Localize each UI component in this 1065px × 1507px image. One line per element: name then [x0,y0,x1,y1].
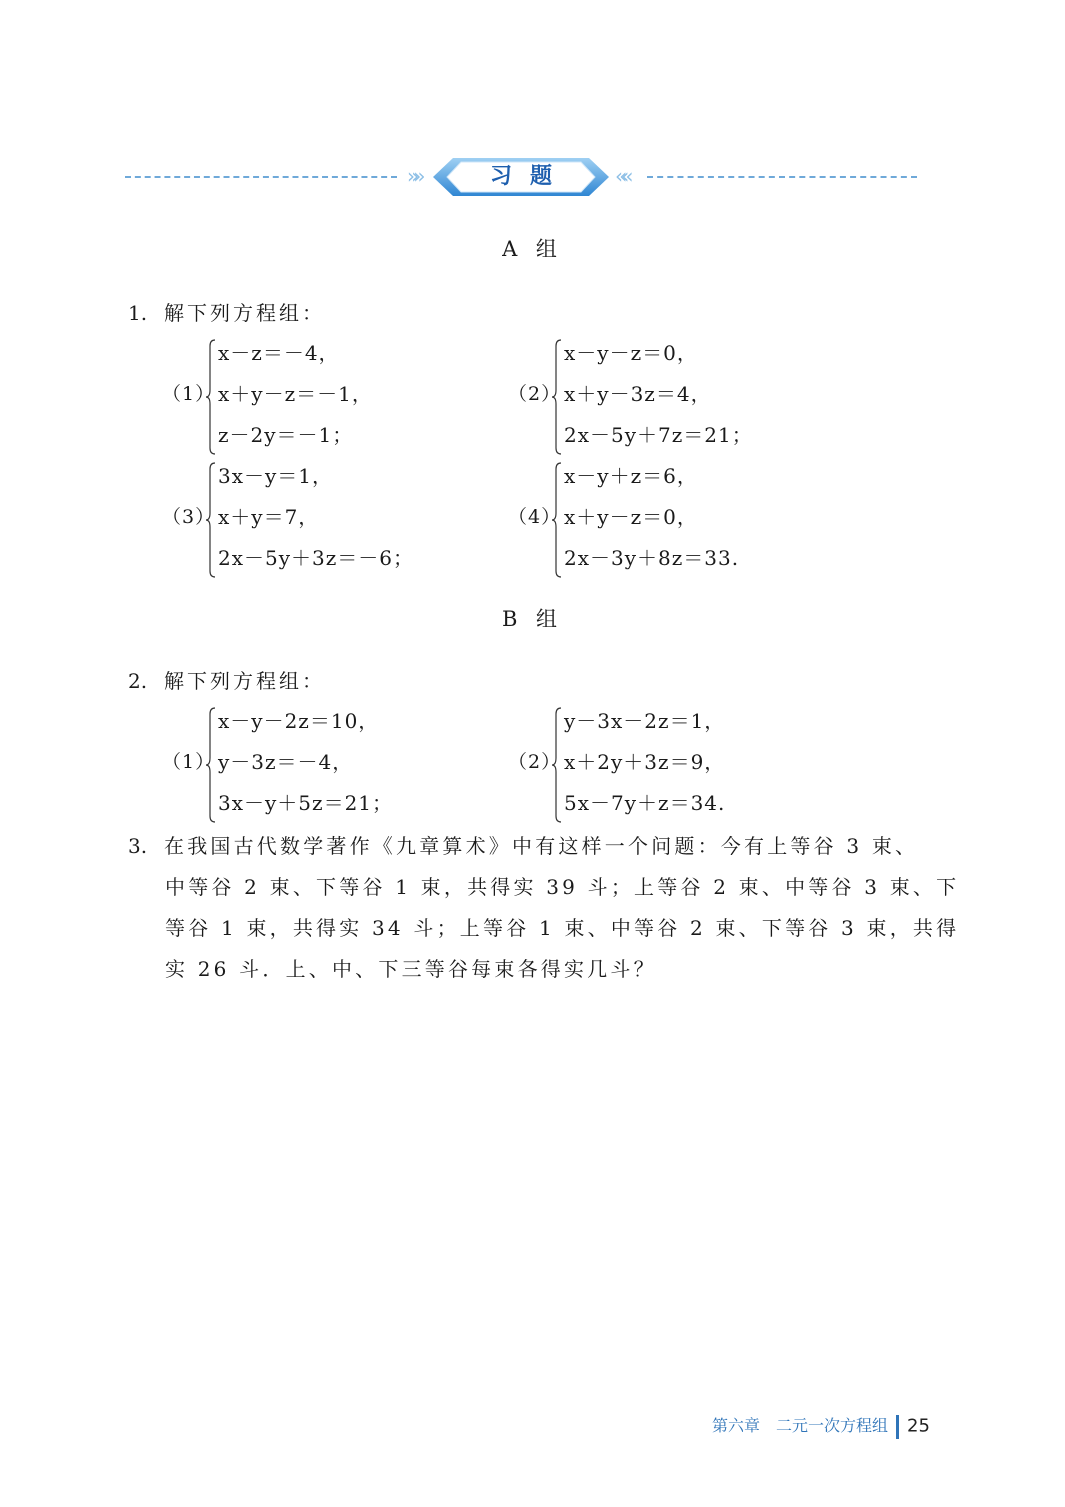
problem-3-line-1: 3.在我国古代数学著作《九章算术》中有这样一个问题：今有上等谷 3 束、 [128,826,928,867]
problem-3-line-3: 等谷 1 束，共得实 34 斗；上等谷 1 束、中等谷 2 束、下等谷 3 束，… [128,908,928,949]
equation: x＋2y＋3z＝9， [564,747,725,788]
left-brace-icon [552,461,562,579]
equation: z－2y＝－1； [218,420,373,461]
dashed-divider-right [647,176,917,178]
equation: 2x－5y＋7z＝21； [564,420,753,461]
equation: 5x－7y＋z＝34. [564,788,725,829]
equation: x＋y－z＝－1， [218,379,373,420]
equation: y－3z＝－4， [218,747,393,788]
problem-1-stem: 1.解下列方程组： [128,297,325,326]
equation: 3x－y＝1， [218,461,414,502]
equation: x＋y－z＝0， [564,502,739,543]
problem-3-line-4: 实 26 斗．上、中、下三等谷每束各得实几斗？ [128,949,928,990]
problem-text: 解下列方程组： [164,301,325,325]
problem-number: 3. [128,826,164,867]
left-brace-icon [206,338,216,456]
page-footer: 第六章 二元一次方程组25 [712,1413,930,1439]
section-badge: 习题 [433,157,609,197]
equation: 2x－3y＋8z＝33. [564,543,739,584]
footer-divider [896,1415,899,1439]
left-brace-icon [206,706,216,824]
left-brace-icon [552,338,562,456]
equation: y－3x－2z＝1， [564,706,725,747]
problem-number: 1. [128,301,164,325]
group-a-title: A 组 [0,233,1065,263]
problem-text: 解下列方程组： [164,669,325,693]
problem-number: 2. [128,669,164,693]
double-chevron-right-icon: »» [407,163,419,189]
problem-text: 在我国古代数学著作《九章算术》中有这样一个问题：今有上等谷 3 束、 [164,834,918,858]
section-title: 习题 [433,157,609,197]
dashed-divider-left [125,176,397,178]
equation: 2x－5y＋3z＝－6； [218,543,414,584]
equation: x＋y＝7， [218,502,414,543]
equation: x－y－z＝0， [564,338,753,379]
left-brace-icon [552,706,562,824]
equation: x－y＋z＝6， [564,461,739,502]
left-brace-icon [206,461,216,579]
group-b-title: B 组 [0,603,1065,633]
equation: 3x－y＋5z＝21； [218,788,393,829]
exercises-banner: »» 习题 «« [125,155,917,199]
double-chevron-left-icon: «« [615,163,627,189]
chapter-title: 第六章 二元一次方程组 [712,1416,888,1435]
problem-3: 3.在我国古代数学著作《九章算术》中有这样一个问题：今有上等谷 3 束、 中等谷… [128,826,928,990]
equation: x－z＝－4， [218,338,373,379]
equation: x－y－2z＝10， [218,706,393,747]
problem-3-line-2: 中等谷 2 束、下等谷 1 束，共得实 39 斗；上等谷 2 束、中等谷 3 束… [128,867,928,908]
equation: x＋y－3z＝4， [564,379,753,420]
problem-2-stem: 2.解下列方程组： [128,665,325,694]
page-number: 25 [907,1416,930,1437]
